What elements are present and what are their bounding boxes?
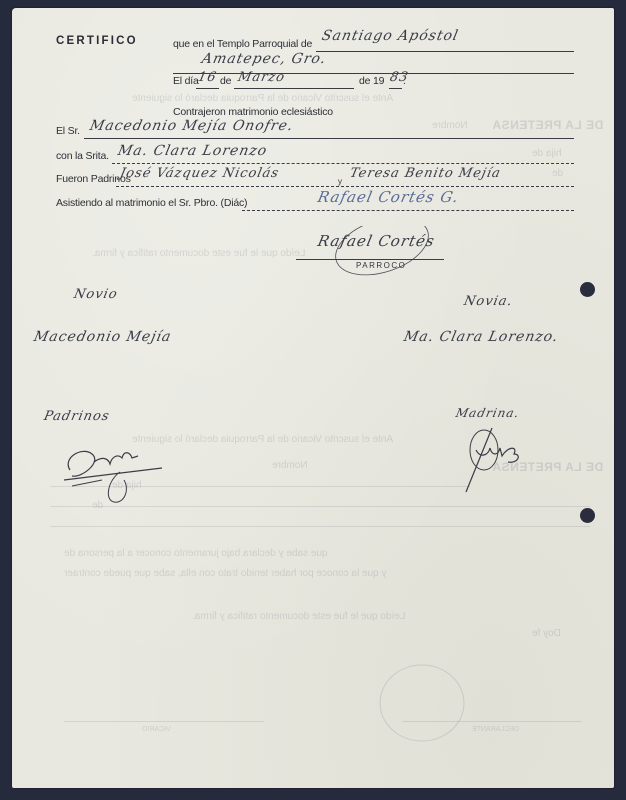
bleed-line: Leído que le fue este documento ratifica… <box>192 611 405 622</box>
padrino-label: Padrinos <box>42 409 111 424</box>
bleed-line: y que la conoce por haber tenido trato c… <box>64 568 386 579</box>
madrina-signature <box>462 420 542 495</box>
year-period: . <box>403 75 406 87</box>
punch-hole-bottom <box>580 508 595 523</box>
bleed-line: Doy fe <box>532 628 561 639</box>
godfather-name-field[interactable]: José Vázquez Nicolás <box>118 166 280 181</box>
novia-signature: Ma. Clara Lorenzo. <box>402 329 560 345</box>
groom-name-field[interactable]: Macedonio Mejía Onofre. <box>88 118 295 134</box>
certificate-title: CERTIFICO <box>56 35 138 47</box>
godparents-and: y <box>338 177 342 186</box>
novia-label: Novia. <box>462 294 514 309</box>
parroco-signature-text: Rafael Cortés <box>316 232 437 250</box>
bleed-line: de <box>552 168 563 179</box>
bride-name-field[interactable]: Ma. Clara Lorenzo <box>116 143 269 159</box>
married-heading: Contrajeron matrimonio eclesiástico <box>173 106 333 118</box>
groom-label: El Sr. <box>56 125 80 137</box>
bleed-line: Leído que le fue este documento ratifica… <box>92 248 305 259</box>
bleed-line: Nombre <box>272 460 308 471</box>
date-de-label: de <box>220 75 231 87</box>
punch-hole-top <box>580 282 595 297</box>
madrina-label: Madrina. <box>455 406 521 420</box>
year-field[interactable]: 83 <box>388 70 410 85</box>
bleed-footer-right: DECLARANTE <box>472 726 519 733</box>
date-label: El día <box>173 75 199 87</box>
bleed-line: Nombre <box>432 120 468 131</box>
bleed-line: que sabe y declara bajo juramento conoce… <box>64 548 328 559</box>
month-field[interactable]: Marzo <box>236 70 286 85</box>
temple-location-field[interactable]: Amatepec, Gro. <box>200 51 328 67</box>
temple-name-field[interactable]: Santiago Apóstol <box>320 28 460 44</box>
priest-name-field[interactable]: Rafael Cortés G. <box>316 188 461 206</box>
godmother-name-field[interactable]: Teresa Benito Mejía <box>348 166 502 181</box>
day-field[interactable]: 16 <box>196 70 218 85</box>
temple-label: que en el Templo Parroquial de <box>173 38 312 50</box>
parroco-label: PARROCO <box>356 261 406 270</box>
bleed-line: hija de <box>532 148 561 159</box>
novio-signature: Macedonio Mejía <box>32 329 173 345</box>
priest-label: Asistiendo al matrimonio el Sr. Pbro. (D… <box>56 197 247 209</box>
year-label: de 19 <box>359 75 384 87</box>
bleed-line: Ante el suscrito Vicario de la Parroquia… <box>132 93 393 104</box>
bride-label: con la Srita. <box>56 150 109 162</box>
novio-label: Novio <box>72 287 119 302</box>
bleed-footer-left: VICARIO <box>142 726 171 733</box>
bleed-heading: DE LA PRETENSA <box>492 118 603 132</box>
certificate-page: Ante el suscrito Vicario de la Parroquia… <box>12 8 614 788</box>
padrino-signature <box>52 428 182 508</box>
bleed-stamp <box>372 658 472 748</box>
